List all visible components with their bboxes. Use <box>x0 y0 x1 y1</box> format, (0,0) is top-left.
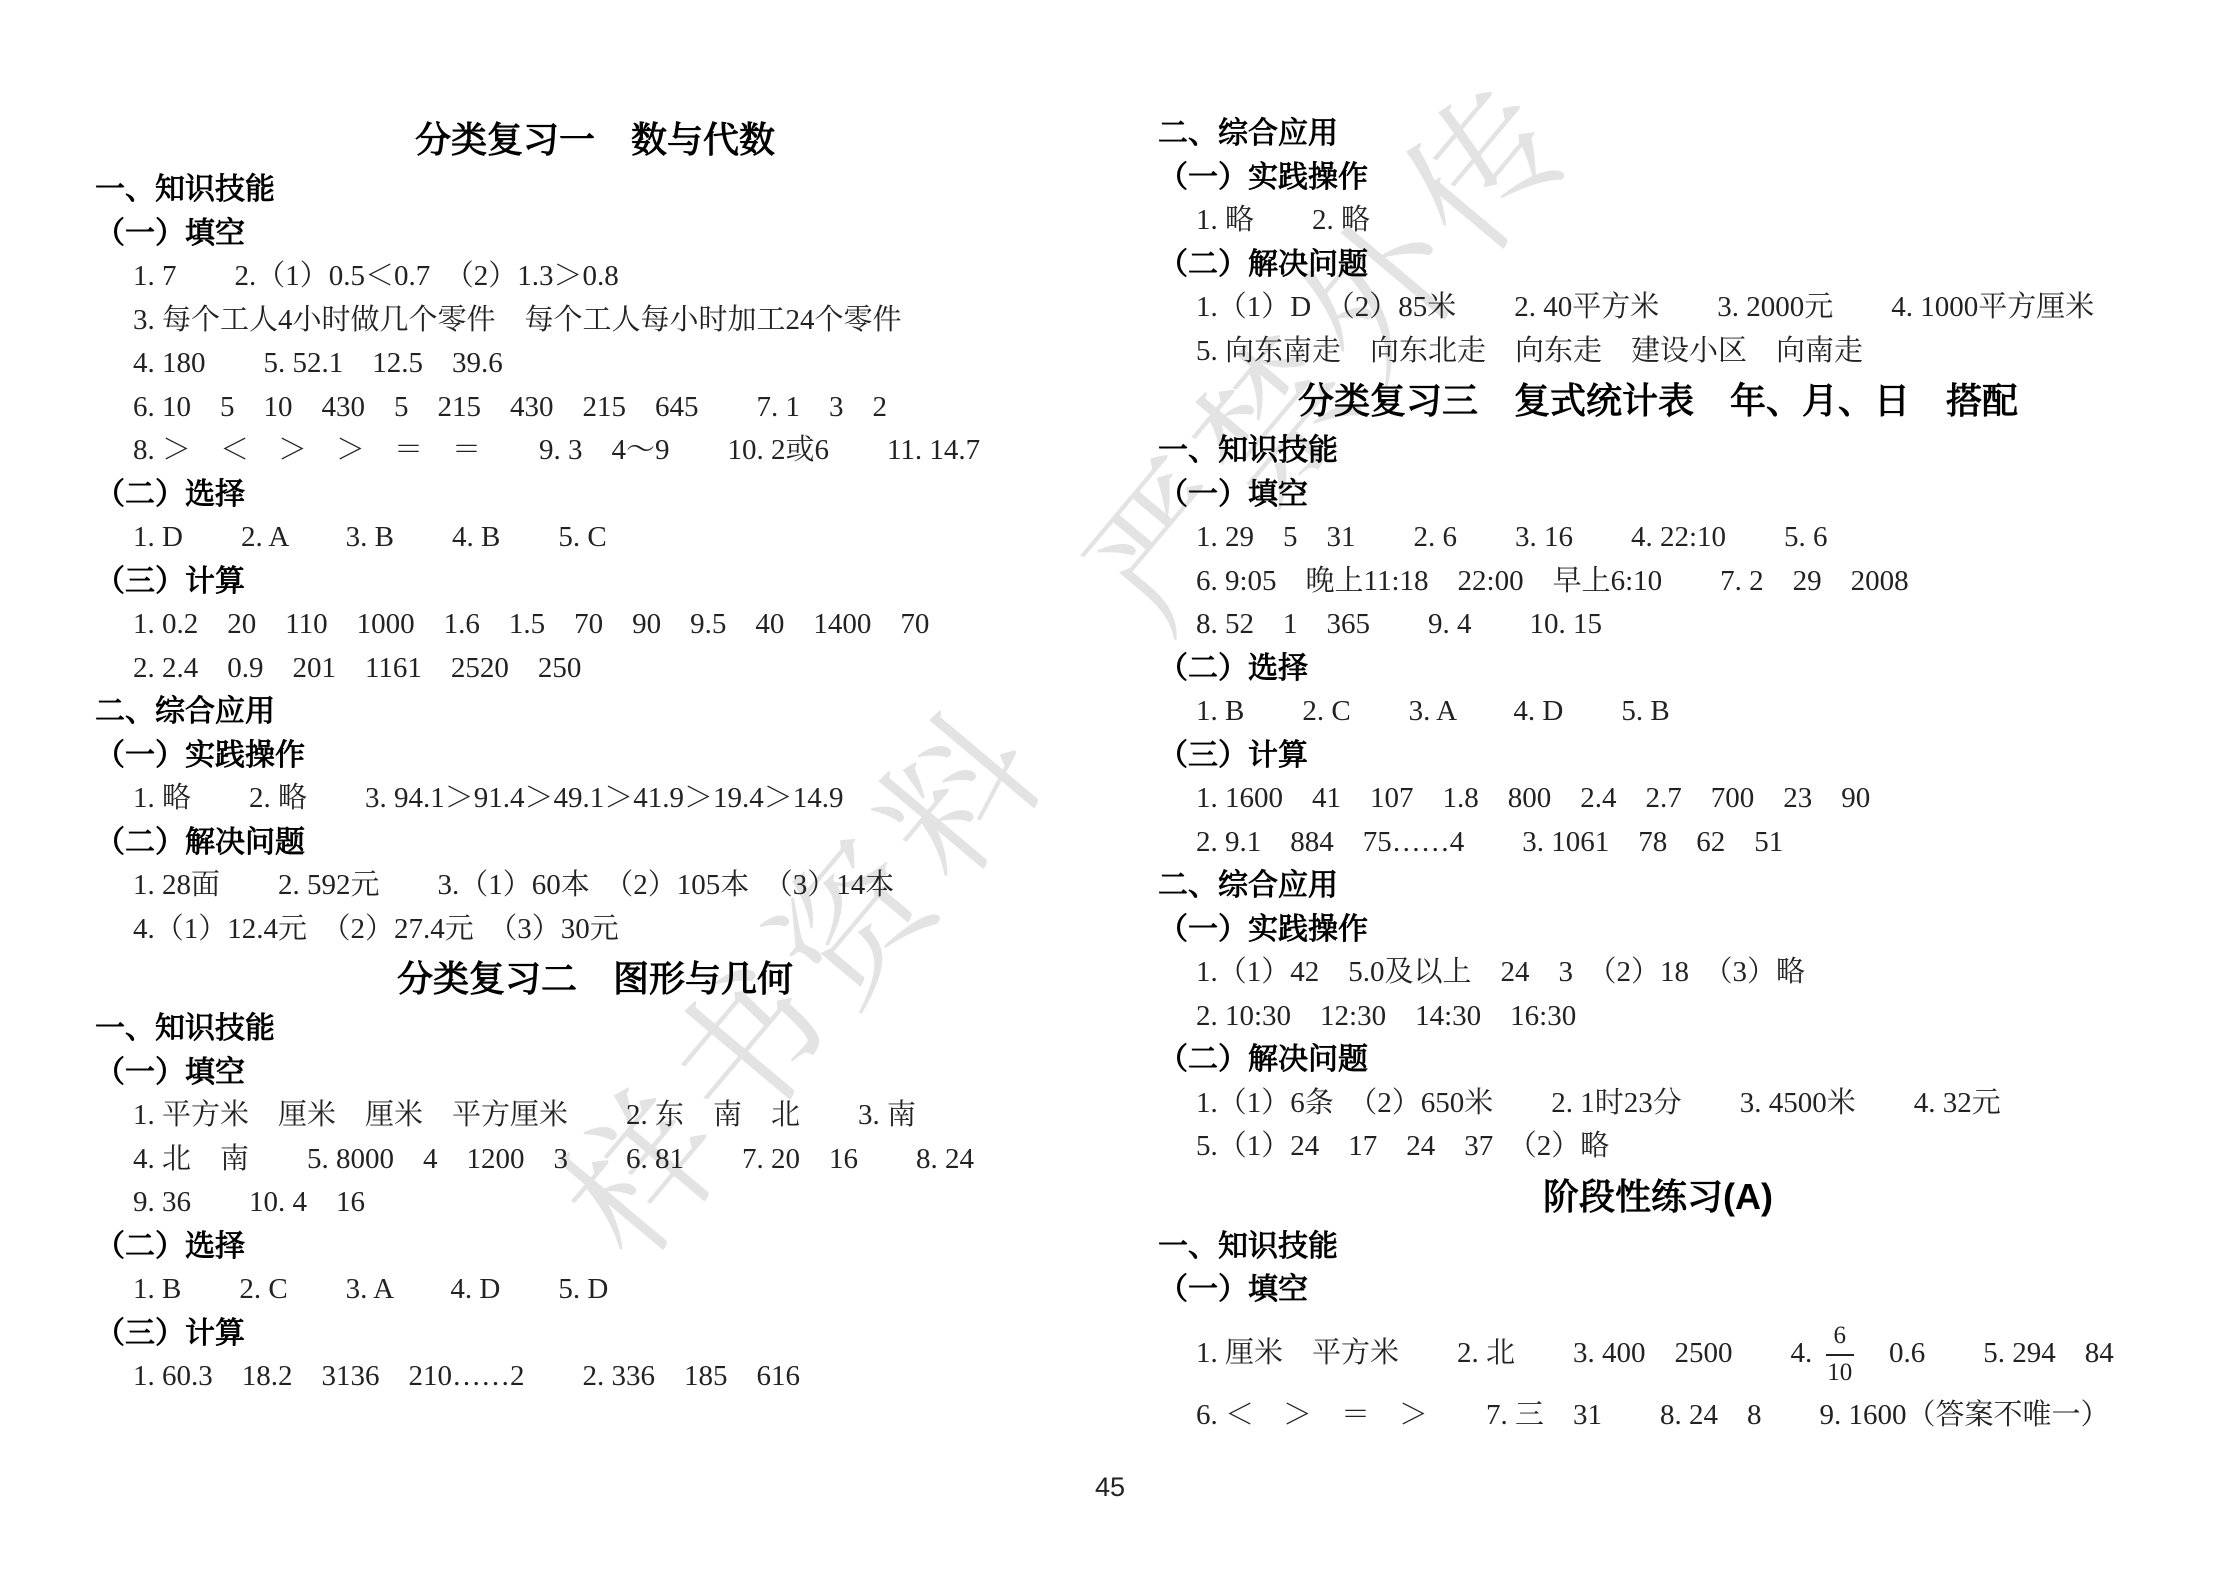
answer-line: 6. 9:05 晚上11:18 22:00 早上6:10 7. 2 29 200… <box>1158 560 2158 604</box>
section-heading: （一）实践操作 <box>1158 908 2158 952</box>
answer-line: 4. 北 南 5. 8000 4 1200 3 6. 81 7. 20 16 8… <box>95 1138 1095 1182</box>
answer-line: 8. 52 1 365 9. 4 10. 15 <box>1158 603 2158 647</box>
section-heading: （一）填空 <box>95 212 1095 256</box>
answer-line: 1. 28面 2. 592元 3.（1）60本 （2）105本 （3）14本 <box>95 864 1095 908</box>
review-title: 分类复习一 数与代数 <box>95 112 1095 168</box>
fraction: 610 <box>1826 1322 1855 1388</box>
answer-line: 6. ＜ ＞ ＝ ＞ 7. 三 31 8. 24 8 9. 1600（答案不唯一… <box>1158 1394 2158 1438</box>
section-heading: 一、知识技能 <box>95 1007 1095 1051</box>
answer-line: 1. D 2. A 3. B 4. B 5. C <box>95 516 1095 560</box>
section-heading: （二）选择 <box>95 1225 1095 1269</box>
answer-line: 1. 7 2.（1）0.5＜0.7 （2）1.3＞0.8 <box>95 255 1095 299</box>
section-heading: （二）解决问题 <box>95 821 1095 865</box>
review-title: 分类复习二 图形与几何 <box>95 951 1095 1007</box>
answer-line: 5.（1）24 17 24 37 （2）略 <box>1158 1125 2158 1169</box>
answer-line: 1. 略 2. 略 <box>1158 199 2158 243</box>
answer-key-page: 样书资料 严禁外传 分类复习一 数与代数 一、知识技能 （一）填空 1. 7 2… <box>0 0 2220 1571</box>
answer-line: 9. 36 10. 4 16 <box>95 1181 1095 1225</box>
answer-text: 1. 厘米 平方米 2. 北 3. 400 2500 4. <box>1196 1337 1820 1369</box>
right-column: 二、综合应用 （一）实践操作 1. 略 2. 略 （二）解决问题 1.（1）D … <box>1158 112 2158 1437</box>
answer-text: 0.6 5. 294 84 <box>1860 1337 2114 1369</box>
answer-line: 2. 2.4 0.9 201 1161 2520 250 <box>95 647 1095 691</box>
answer-line: 1. 1600 41 107 1.8 800 2.4 2.7 700 23 90 <box>1158 777 2158 821</box>
answer-line: 1.（1）42 5.0及以上 24 3 （2）18 （3）略 <box>1158 951 2158 995</box>
answer-line: 8. ＞ ＜ ＞ ＞ ＝ ＝ 9. 3 4～9 10. 2或6 11. 14.7 <box>95 429 1095 473</box>
section-heading: （一）实践操作 <box>95 734 1095 778</box>
answer-line: 5. 向东南走 向东北走 向东走 建设小区 向南走 <box>1158 330 2158 374</box>
section-heading: （一）填空 <box>95 1051 1095 1095</box>
section-heading: 二、综合应用 <box>95 690 1095 734</box>
fraction-numerator: 6 <box>1826 1322 1855 1356</box>
section-heading: （二）选择 <box>1158 647 2158 691</box>
section-heading: （三）计算 <box>95 560 1095 604</box>
answer-line: 1. B 2. C 3. A 4. D 5. D <box>95 1268 1095 1312</box>
section-heading: 一、知识技能 <box>95 168 1095 212</box>
answer-line: 4.（1）12.4元 （2）27.4元 （3）30元 <box>95 908 1095 952</box>
answer-line: 1. 厘米 平方米 2. 北 3. 400 2500 4. 610 0.6 5.… <box>1158 1312 2158 1394</box>
section-heading: 一、知识技能 <box>1158 429 2158 473</box>
answer-line: 1. 平方米 厘米 厘米 平方厘米 2. 东 南 北 3. 南 <box>95 1094 1095 1138</box>
section-heading: （一）填空 <box>1158 473 2158 517</box>
answer-line: 3. 每个工人4小时做几个零件 每个工人每小时加工24个零件 <box>95 299 1095 343</box>
section-heading: （三）计算 <box>95 1312 1095 1356</box>
answer-line: 1.（1）6条 （2）650米 2. 1时23分 3. 4500米 4. 32元 <box>1158 1082 2158 1126</box>
answer-line: 1. 略 2. 略 3. 94.1＞91.4＞49.1＞41.9＞19.4＞14… <box>95 777 1095 821</box>
section-heading: 二、综合应用 <box>1158 864 2158 908</box>
answer-line: 1.（1）D （2）85米 2. 40平方米 3. 2000元 4. 1000平… <box>1158 286 2158 330</box>
answer-line: 4. 180 5. 52.1 12.5 39.6 <box>95 342 1095 386</box>
section-heading: （二）解决问题 <box>1158 243 2158 287</box>
section-heading: （二）选择 <box>95 473 1095 517</box>
answer-line: 1. 0.2 20 110 1000 1.6 1.5 70 90 9.5 40 … <box>95 603 1095 647</box>
section-heading: （三）计算 <box>1158 734 2158 778</box>
page-number: 45 <box>0 1472 2220 1503</box>
fraction-denominator: 10 <box>1826 1356 1855 1388</box>
answer-line: 1. B 2. C 3. A 4. D 5. B <box>1158 690 2158 734</box>
section-heading: （一）实践操作 <box>1158 156 2158 200</box>
left-column: 分类复习一 数与代数 一、知识技能 （一）填空 1. 7 2.（1）0.5＜0.… <box>95 112 1095 1399</box>
answer-line: 1. 29 5 31 2. 6 3. 16 4. 22:10 5. 6 <box>1158 516 2158 560</box>
answer-line: 6. 10 5 10 430 5 215 430 215 645 7. 1 3 … <box>95 386 1095 430</box>
section-heading: 一、知识技能 <box>1158 1225 2158 1269</box>
section-heading: （一）填空 <box>1158 1268 2158 1312</box>
answer-line: 2. 9.1 884 75……4 3. 1061 78 62 51 <box>1158 821 2158 865</box>
section-heading: 二、综合应用 <box>1158 112 2158 156</box>
answer-line: 2. 10:30 12:30 14:30 16:30 <box>1158 995 2158 1039</box>
section-heading: （二）解决问题 <box>1158 1038 2158 1082</box>
answer-line: 1. 60.3 18.2 3136 210……2 2. 336 185 616 <box>95 1355 1095 1399</box>
review-title: 分类复习三 复式统计表 年、月、日 搭配 <box>1158 373 2158 429</box>
review-title: 阶段性练习(A) <box>1158 1169 2158 1225</box>
